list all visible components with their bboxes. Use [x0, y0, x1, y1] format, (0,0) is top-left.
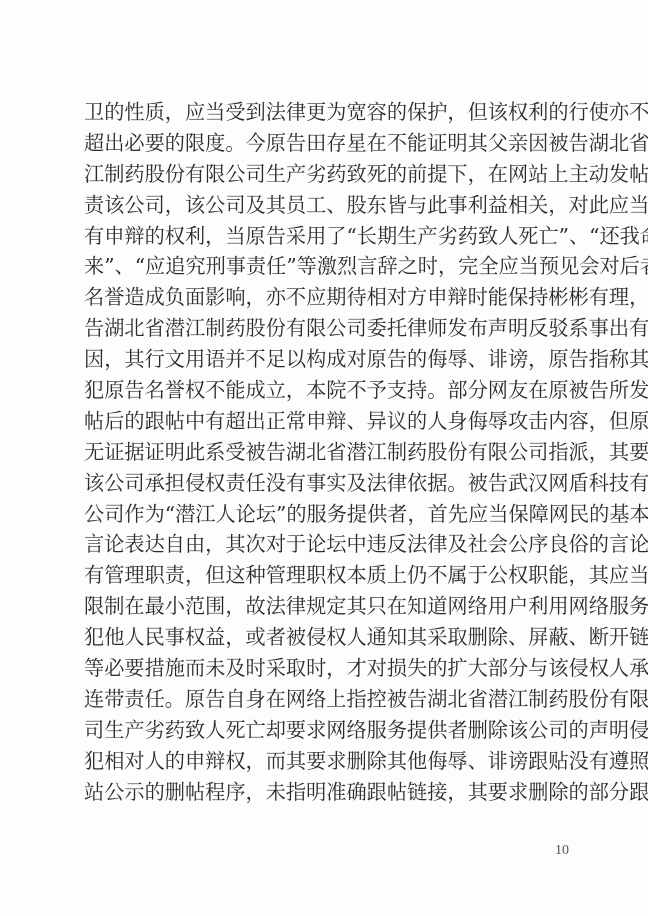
text-line: 连带责任。原告自身在网络上指控被告湖北省潜江制药股份有限公: [84, 684, 580, 715]
text-line: 帖后的跟帖中有超出正常申辩、异议的人身侮辱攻击内容，但原告: [84, 406, 580, 437]
text-line: 限制在最小范围，故法律规定其只在知道网络用户利用网络服务侵: [84, 591, 580, 622]
text-line: 该公司承担侵权责任没有事实及法律依据。被告武汉网盾科技有限: [84, 468, 580, 499]
text-line: 超出必要的限度。今原告田存星在不能证明其父亲因被告湖北省潜: [84, 128, 580, 159]
page-number: 10: [555, 843, 569, 859]
text-line: 犯相对人的申辩权，而其要求删除其他侮辱、诽谤跟贴没有遵照网: [84, 746, 580, 777]
text-line: 犯原告名誉权不能成立，本院不予支持。部分网友在原被告所发网: [84, 375, 580, 406]
text-line: 江制药股份有限公司生产劣药致死的前提下，在网站上主动发帖指: [84, 159, 580, 190]
body-text: 卫的性质，应当受到法律更为宽容的保护，但该权利的行使亦不应 超出必要的限度。今原…: [84, 97, 580, 807]
text-line: 名誉造成负面影响，亦不应期待相对方申辩时能保持彬彬有理，被: [84, 282, 580, 313]
text-line: 公司作为“潜江人论坛”的服务提供者，首先应当保障网民的基本: [84, 499, 580, 530]
text-line: 有申辩的权利，当原告采用了“长期生产劣药致人死亡”、“还我命: [84, 221, 580, 252]
document-page: 卫的性质，应当受到法律更为宽容的保护，但该权利的行使亦不应 超出必要的限度。今原…: [0, 0, 648, 916]
text-line: 犯他人民事权益，或者被侵权人通知其采取删除、屏蔽、断开链接: [84, 622, 580, 653]
text-line: 有管理职责，但这种管理职权本质上仍不属于公权职能，其应当被: [84, 560, 580, 591]
text-line: 等必要措施而未及时采取时，才对损失的扩大部分与该侵权人承担: [84, 653, 580, 684]
text-line: 因，其行文用语并不足以构成对原告的侮辱、诽谤，原告指称其侵: [84, 344, 580, 375]
text-line: 站公示的删帖程序，未指明准确跟帖链接，其要求删除的部分跟帖: [84, 777, 580, 808]
text-line: 卫的性质，应当受到法律更为宽容的保护，但该权利的行使亦不应: [84, 97, 580, 128]
text-line: 告湖北省潜江制药股份有限公司委托律师发布声明反驳系事出有: [84, 313, 580, 344]
text-line: 来”、“应追究刑事责任”等激烈言辞之时，完全应当预见会对后者: [84, 251, 580, 282]
text-line: 言论表达自由，其次对于论坛中违反法律及社会公序良俗的言论具: [84, 529, 580, 560]
text-line: 责该公司，该公司及其员工、股东皆与此事利益相关，对此应当具: [84, 190, 580, 221]
text-line: 无证据证明此系受被告湖北省潜江制药股份有限公司指派，其要求: [84, 437, 580, 468]
text-line: 司生产劣药致人死亡却要求网络服务提供者删除该公司的声明侵: [84, 715, 580, 746]
